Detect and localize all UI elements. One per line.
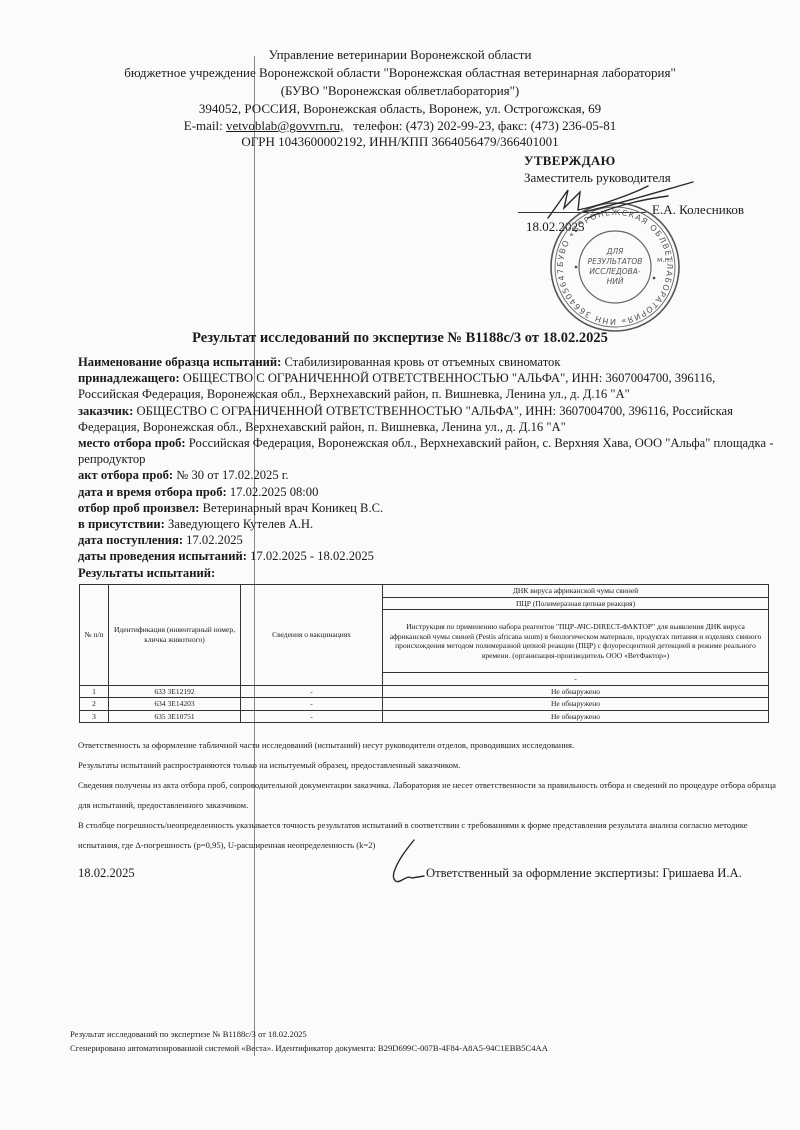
- sample-info: Наименование образца испытаний: Стабилиз…: [78, 354, 778, 581]
- col-header-num: № п/п: [80, 585, 109, 686]
- table-row: 3 635 3Е10751 - Не обнаружено: [80, 710, 769, 723]
- results-table: № п/п Идентификация (инвентарный номер, …: [79, 584, 769, 723]
- info-received-date: дата поступления: 17.02.2025: [78, 532, 778, 548]
- header-short-name: (БУВО "Воронежская облветлаборатория"): [0, 82, 800, 99]
- col-header-vaccinations: Сведения о вакцинациях: [241, 585, 383, 686]
- email-label: E-mail:: [184, 118, 223, 133]
- svg-text:НИЙ: НИЙ: [607, 277, 624, 286]
- svg-text:м.п.: м.п.: [657, 256, 671, 264]
- info-presence: в присутствии: Заведующего Кутелев А.Н.: [78, 516, 778, 532]
- footer-generated-id: Сгенерировано автоматизированной системо…: [70, 1041, 548, 1055]
- table-row: 2 634 3Е14203 - Не обнаружено: [80, 698, 769, 711]
- footer-date: 18.02.2025: [78, 866, 135, 881]
- col-header-units: -: [383, 673, 769, 686]
- header-institution: бюджетное учреждение Воронежской области…: [0, 64, 800, 81]
- note-responsibility: Ответственность за оформление табличной …: [78, 735, 778, 755]
- info-customer: заказчик: ОБЩЕСТВО С ОГРАНИЧЕННОЙ ОТВЕТС…: [78, 403, 778, 435]
- document-title: Результат исследований по экспертизе № В…: [0, 330, 800, 347]
- header-contacts: E-mail: vetvoblab@govvrn.ru, телефон: (4…: [0, 117, 800, 134]
- info-sampler: отбор проб произвел: Ветеринарный врач К…: [78, 500, 778, 516]
- document-footer: Результат исследований по экспертизе № В…: [70, 1027, 548, 1055]
- svg-text:ДЛЯ: ДЛЯ: [606, 247, 624, 256]
- info-sample-name: Наименование образца испытаний: Стабилиз…: [78, 354, 778, 370]
- col-header-group: ДНК вируса африканской чумы свиней: [383, 585, 769, 598]
- header-address: 394052, РОССИЯ, Воронежская область, Вор…: [0, 100, 800, 117]
- phone-fax: телефон: (473) 202-99-23, факс: (473) 23…: [353, 118, 616, 133]
- info-sampling-act: акт отбора проб: № 30 от 17.02.2025 г.: [78, 467, 778, 483]
- note-scope: Результаты испытаний распространяются то…: [78, 755, 778, 775]
- table-row: 1 633 3Е12192 - Не обнаружено: [80, 685, 769, 698]
- responsible-person: Ответственный за оформление экспертизы: …: [426, 866, 742, 881]
- header-ministry: Управление ветеринарии Воронежской облас…: [0, 46, 800, 63]
- info-sampling-datetime: дата и время отбора проб: 17.02.2025 08:…: [78, 484, 778, 500]
- info-owner: принадлежащего: ОБЩЕСТВО С ОГРАНИЧЕННОЙ …: [78, 370, 778, 402]
- notes: Ответственность за оформление табличной …: [78, 735, 778, 855]
- note-sampling: Сведения получены из акта отбора проб, с…: [78, 775, 778, 815]
- info-sampling-place: место отбора проб: Российская Федерация,…: [78, 435, 778, 467]
- info-results-heading: Результаты испытаний:: [78, 565, 778, 581]
- approver-signature-icon: [528, 178, 698, 226]
- approval-title: УТВЕРЖДАЮ: [524, 152, 671, 169]
- email-link[interactable]: vetvoblab@govvrn.ru,: [226, 118, 343, 133]
- svg-text:РЕЗУЛЬТАТОВ: РЕЗУЛЬТАТОВ: [588, 257, 643, 266]
- col-header-method-description: Инструкция по применению набора реагенто…: [383, 610, 769, 673]
- header-ogrn: ОГРН 1043600002192, ИНН/КПП 3664056479/3…: [0, 133, 800, 150]
- col-header-id: Идентификация (инвентарный номер, кличка…: [109, 585, 241, 686]
- info-test-dates: даты проведения испытаний: 17.02.2025 - …: [78, 548, 778, 564]
- svg-text:ИССЛЕДОВА-: ИССЛЕДОВА-: [589, 267, 641, 276]
- col-header-method: ПЦР (Полимеразная цепная реакция): [383, 597, 769, 610]
- footer-reference: Результат исследований по экспертизе № В…: [70, 1027, 548, 1041]
